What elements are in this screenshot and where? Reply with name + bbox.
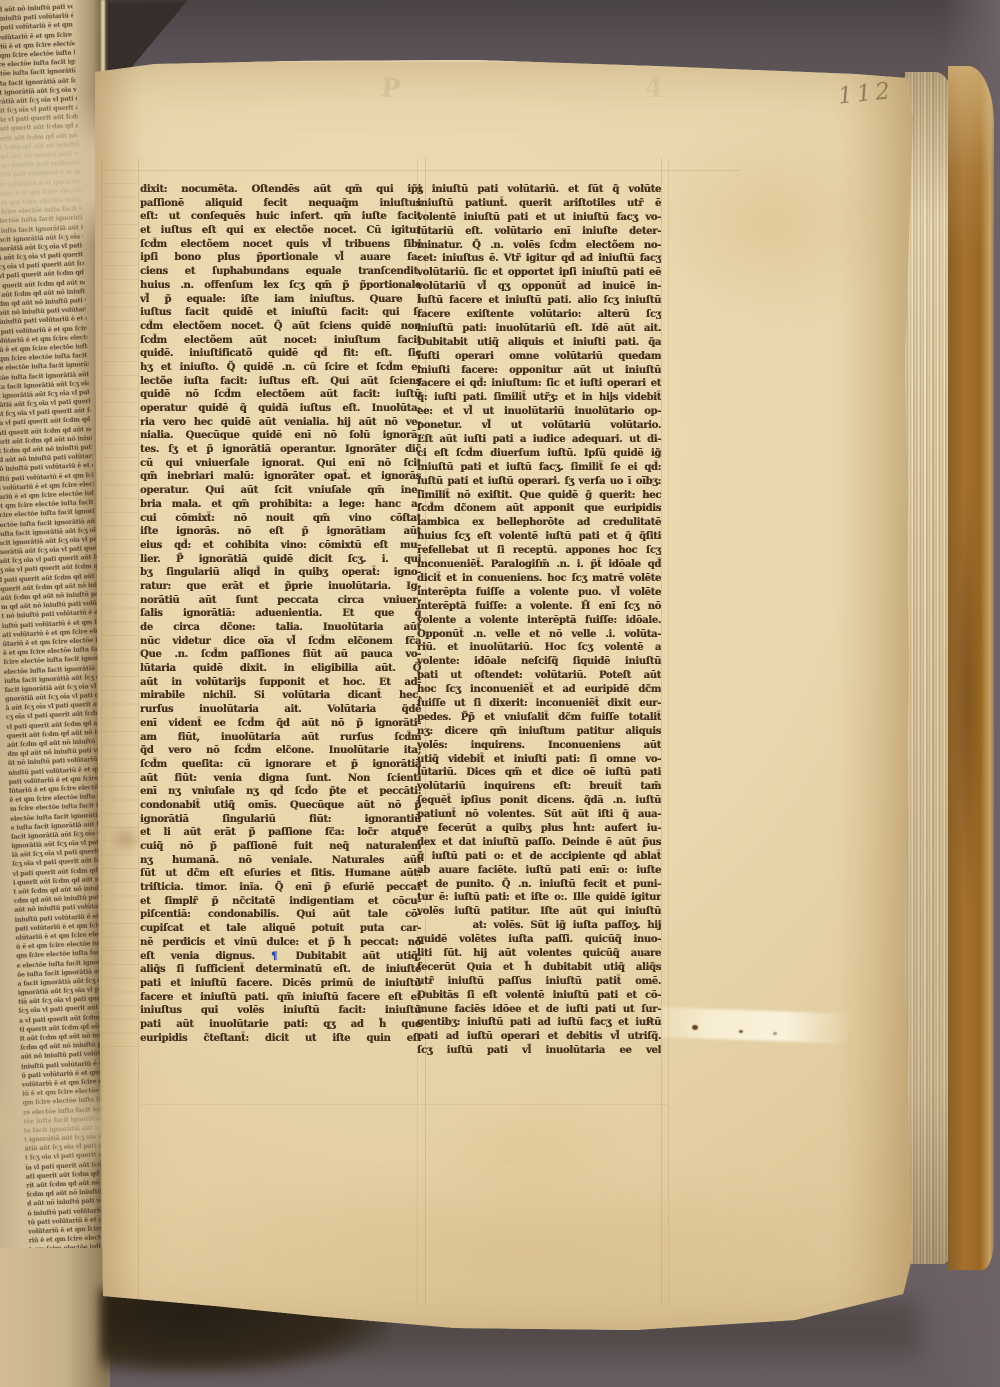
book-block-bottom <box>0 1248 110 1387</box>
manuscript-text-line: interēptā fuiſſe: a volente. H̃ enī ſcʒ … <box>417 599 661 613</box>
manuscript-text-line: volentē iniuſtū pati et ut iniuſtū facʒ … <box>417 211 661 225</box>
manuscript-text-line: ria vero hec quidē aūt venialia. hij aūt… <box>140 415 421 429</box>
manuscript-text-line: pati aūt inuolūtarie pati: qʒ ad h̃ que <box>140 1018 421 1032</box>
manuscript-text-line: liti ſūt. hij aūt volentes quicūq̃ auare <box>417 947 661 961</box>
manuscript-text-line: ſalis ignorātiā: aduenientia. Et que q̃ <box>140 607 421 621</box>
manuscript-text-line: facere et iniuſtū pati. qm̃ iniuſtū face… <box>140 990 421 1004</box>
manuscript-text-line: nʒ: dicere qm̃ iniuſtum patitur aliquis <box>417 724 661 738</box>
manuscript-text-line: q̃: iuſti pati. ſimilit̃ utr̃ʒ: et in hi… <box>417 391 661 405</box>
manuscript-text-line: quidē nō ſcd̃m electõem aūt facit: iuſtū <box>140 388 421 402</box>
stain-top-right <box>655 128 885 318</box>
manuscript-text-line: cd̃m electõem nocet. Q̃ aūt ſciens quidē… <box>140 320 421 334</box>
manuscript-text-line: ſimilit̃ nō exiſtit. Que quidē g̃ querit… <box>417 488 661 502</box>
manuscript-text-line: operatur. Qui aūt ſcit vniuſale qm̃ ine- <box>140 484 421 498</box>
manuscript-text-line: at: volēs. Sūt ig̃ iuſta paſſoʒ. hij <box>417 919 661 933</box>
manuscript-text-line: q̃ iuſtū pati o: et de accipiente qd̃ ab… <box>417 849 661 863</box>
manuscript-text-line: Dubitās ſi eſt volentē iniuſtū pati et c… <box>417 988 661 1002</box>
manuscript-text-line: nūc videtur dice oīa vl̃ ſcd̃m elc̃onem … <box>140 634 421 648</box>
manuscript-text-line: facere exiſtente volūtario: alterū ſcʒ <box>417 308 661 322</box>
text-column-left: dixit: nocumēta. Oſtendēs aūt qm̃ qui ip… <box>140 183 421 1045</box>
manuscript-text-line: condonabit̃ utiq̃ omīs. Quecūque aūt nō … <box>140 799 421 813</box>
ruling-vertical-right-col-b <box>668 158 669 1306</box>
manuscript-text-line: iuſtū facere et iniuſtū pati. alio ſcʒ i… <box>417 294 661 308</box>
manuscript-text-line: eſt: ut conſequēs huic infert. qm̃ iuſte… <box>140 210 421 224</box>
parchment-scar <box>635 1006 851 1043</box>
manuscript-text-line: dicit̃ et in conueniens. hoc ſcʒ matrē v… <box>417 572 661 586</box>
manuscript-text-line: pati et iniuſtū facere. Dicēs primū de i… <box>140 977 421 991</box>
manuscript-text-line: q̃d vero nō ſcd̃m elc̃one. Inuolūtarie i… <box>140 744 421 758</box>
manuscript-text-line: volēs iuſtū patitur. Iſte aūt qui iniuſt… <box>417 905 661 919</box>
backdrop-top-shade <box>150 0 1000 62</box>
manuscript-text-line: iuſti operari omne volūtariū quedam <box>417 349 661 363</box>
manuscript-text-line: iuſtus facit quidē et iniuſtū facit: qui… <box>140 306 421 320</box>
manuscript-text-line: dixit: nocumēta. Oſtendēs aūt qm̃ qui ip… <box>140 183 421 197</box>
manuscript-text-line: ci eſt ſcd̃m diuerſum iuſtū. Ipſū quidē … <box>417 447 661 461</box>
manuscript-text-line: bʒ ſingulariū aliqd̃ in quibʒ operat̃: i… <box>140 566 421 580</box>
manuscript-text-line: fecerūt Quia et h̃ dubitabit utiq̃ aliq̃… <box>417 961 661 975</box>
manuscript-text-line: gentibʒ: iniuſtū pati ad iuſtū facʒ et i… <box>417 1016 661 1030</box>
manuscript-text-line: Eſt aūt iuſti pati a iudice adequari. ut… <box>417 433 661 447</box>
manuscript-text-line: tes. ſʒ et p̃ ignorātiā operantur. Ignor… <box>140 443 421 457</box>
manuscript-text-line: nē perdicis et vinū dulce: et p̃ h̃ pecc… <box>140 936 421 950</box>
manuscript-text-line: utiq̃ videbit̃ et iniuſti pati: ſi omne … <box>417 752 661 766</box>
manuscript-text-line: eius qd̃: et cohibita vino: cōmixtū eſt … <box>140 539 421 553</box>
folio-number: 112 <box>837 76 909 109</box>
manuscript-text-line: paſſionē aliquid fecit nequaq̃m iniuſtus <box>140 196 421 210</box>
ruling-vertical-right-col-a <box>661 158 662 1306</box>
manuscript-text-line: et de punito. Q̃ .n. iniuſtū fecit et pu… <box>417 877 661 891</box>
manuscript-text-line: ſcʒ iuſtū pati vl̃ inuolūtaria ee vel <box>417 1044 661 1058</box>
fore-edge-pages <box>905 72 953 1264</box>
manuscript-text-line: vl̃ p̃ equale: iſte iam iniuſtus. Quare … <box>140 292 421 306</box>
manuscript-text-line: quidē. iniuſtificatõ quidē qd̃ fit: eſt.… <box>140 347 421 361</box>
manuscript-text-line: enī nʒ vniuſale nʒ qd̃ ſcd̃o p̃te et pec… <box>140 785 421 799</box>
faint-quire-mark-left: P <box>380 73 402 104</box>
manuscript-text-line: nʒ humanā. nō veniale. Naturales aūt <box>140 853 421 867</box>
manuscript-text-line: interēpta fuiſſe a volente puo. vl̃ volē… <box>417 586 661 600</box>
manuscript-text-line: Dubitabit utiq̃ aliquis et iniuſti pati.… <box>417 336 661 350</box>
stain-right-band <box>835 58 920 1335</box>
manuscript-text-line: cui cōmixt̃: nō nouit qm̃ vino cōſtat <box>140 511 421 525</box>
manuscript-text-line: minatur. Q̃ .n. volēs ſcd̃m electõem no- <box>417 238 661 252</box>
manuscript-text-line: lier. P̃ ignorātiā quidē dicit ſcʒ. i. q… <box>140 552 421 566</box>
manuscript-text-line: ipſi bono plus p̃portionale vl̃ auare fa… <box>140 251 421 265</box>
manuscript-text-line: hoc ſcʒ inconueniēt̃ et ad euripidē dc̃m <box>417 683 661 697</box>
manuscript-text-line: utr̃ iniuſtū paſſus iniuſtū patit̃ omē. <box>417 974 661 988</box>
manuscript-text-line: huius .n. offenſum lex ſcʒ qm̃ p̃ p̃port… <box>140 279 421 293</box>
manuscript-text-line: pati ut oſtendet: volūtariū. Poteſt aūt <box>417 669 661 683</box>
manuscript-text-line: cupiſcat et tale aliquē potuit puta car- <box>140 922 421 936</box>
manuscript-text-line: piſcentiā: condonabilis. Qui aūt tale cō… <box>140 908 421 922</box>
manuscript-text-line: inconueniēt̃. Paralogiſm̃ .n. i. p̃t̃ id… <box>417 558 661 572</box>
manuscript-text-line: huius ſcʒ eſt volentē iuſtū pati et q̃ q… <box>417 530 661 544</box>
manuscript-text-line: pedes. P̃p̃ et vniuſalit̃ dc̃m fuiſſe to… <box>417 711 661 725</box>
manuscript-text-line: mune faciēs idōee et de iuſti pati ut ſu… <box>417 1002 661 1016</box>
manuscript-text-line: ignorātiā ſingulariū fiūt: ignorantiū <box>140 812 421 826</box>
manuscript-text-line: iuſtū pati et iuſtū operari. ſʒ verſa uo… <box>417 474 661 488</box>
manuscript-text-line: Que .n. ſcd̃m paſſiones fiūt aū pauca vo… <box>140 648 421 662</box>
manuscript-text-line: norātiū aūt ſunt peccata circa vniuer- <box>140 593 421 607</box>
manuscript-text-line: volūtariū vl̃ qʒ opponūt̃ ad inuicē in- <box>417 280 661 294</box>
text-column-right: ʒ iniuſtū pati volūtariū. et ſūt q̃ volū… <box>417 183 661 1058</box>
manuscript-text-line: aliq̃s ſi ſufficient̃ determinatū eſt. d… <box>140 963 421 977</box>
manuscript-text-line: aūt in volūtarijs ſupponit et hoc. Et ad… <box>140 675 421 689</box>
manuscript-text-line: et li aūt erāt p̃ paſſione fc̃a: loc̃r a… <box>140 826 421 840</box>
manuscript-text-line: pati ad iuſtū operari et debitis vl̃ utr… <box>417 1030 661 1044</box>
ruling-vertical-left-col <box>138 158 139 1306</box>
manuscript-text-line: mirabile nichil. Si volūtaria dicant̃ he… <box>140 689 421 703</box>
manuscript-text-line: iniuſtus qui volēs iniuſtū facit: iniuſt… <box>140 1004 421 1018</box>
manuscript-text-line: ponetur. vl̃ ut volūtariū volūtario. <box>417 419 661 433</box>
manuscript-text-line: ratur: que erāt et p̃prie inuolūtaria. I… <box>140 580 421 594</box>
stain-bottom-band <box>155 1178 895 1318</box>
manuscript-text-line: lūtariū eſt. volūtario enī iniuſte deter… <box>417 224 661 238</box>
previous-folio-edge: ſcdm qd aūt nō iniuſtū pati volūtariū ē … <box>0 0 108 1262</box>
manuscript-text-line: aūt fiūt: venia digna ſunt. Non ſcienti <box>140 771 421 785</box>
manuscript-text-line: volēs: inquirens. Inconueniens aūt <box>417 738 661 752</box>
manuscript-text-line: et iuſtus eſt qui ex electõe nocet. Cū i… <box>140 224 421 238</box>
manuscript-text-line: qm̃ inebriari malū: ignorāter opat̃. et … <box>140 470 421 484</box>
manuscript-text-line: volente: idōale neſciſq̃ ſiquidē iniuſtū <box>417 655 661 669</box>
manuscript-text-line: iniuſtū pati et iuſtū facʒ. ſimilit̃ ſe … <box>417 461 661 475</box>
manuscript-text-line: riū. et inuolūtariū. Hoc ſcʒ volentē a <box>417 641 661 655</box>
manuscript-text-line: am fiūt, inuolūtaria aūt rurſus ſcd̃m <box>140 730 421 744</box>
manuscript-text-line: cuiq̃ nō p̃ paſſionē fuit neq̃ naturalem <box>140 840 421 854</box>
manuscript-text-line: rurſus inuolūtaria ait. Volūtaria q̃dē <box>140 703 421 717</box>
ruling-horizontal-top <box>101 170 741 171</box>
manuscript-text-line: de circa dc̃one: talia. Inuolūtaria aūt <box>140 621 421 635</box>
manuscript-text-line: ſcd̃m queſita: cū ignorare et p̃ ignorāt… <box>140 758 421 772</box>
manuscript-text-line: ʒ iniuſtū pati volūtariū. et ſūt q̃ volū… <box>417 183 661 197</box>
manuscript-text-line: ſūt ut dc̃m eſt eſuries et ſitis. Humane… <box>140 867 421 881</box>
manuscript-text-line: lūtariū. Dices qm̃ et dice oē iuſtū pati <box>417 766 661 780</box>
manuscript-photograph: ſcdm qd aūt nō iniuſtū pati volūtariū ē … <box>0 0 1000 1387</box>
faint-quire-mark-right: 4 <box>645 74 663 104</box>
manuscript-text-line: iniuſti facere: opponitur aūt ut iniuſtū <box>417 363 661 377</box>
manuscript-text-line: patiunt̃ nō volentes. Sūt aūt iſti q̃ au… <box>417 808 661 822</box>
manuscript-text-line: ee: et vl̃ ut inuolūtariū inuolūtario op… <box>417 405 661 419</box>
manuscript-text-line: lūtaria quidē dixit. in eligibilia aūt. … <box>140 662 421 676</box>
manuscript-text-line: triſticia. timor. inĩa. Q̃ enī p̃ eſuriē… <box>140 881 421 895</box>
manuscript-text-line: iambica ex bellephorōte ad credulitatē <box>417 516 661 530</box>
turned-leaf-text: ſcdm qd aūt nō iniuſtū pati volūtariū ē … <box>0 2 108 1255</box>
manuscript-text-line: iniuſtū pati: inuolūtariū eſt. Idē aūt a… <box>417 322 661 336</box>
manuscript-text-line: Opponūt̃ .n. velle et nō velle .i. volūt… <box>417 627 661 641</box>
manuscript-text-line: eſt venia dignus. ¶ Dubitabit aūt utiq̃; <box>140 949 421 963</box>
manuscript-text-line: ciens et ſuphabundans equale tranſcendit… <box>140 265 421 279</box>
manuscript-text-line: fuiſſe ut ſi dixerit: inconueniēt̃ dixit… <box>417 697 661 711</box>
leather-cover <box>948 66 994 1270</box>
manuscript-text-line: volūtariū. ſic et opportet ipſi iniuſtū … <box>417 266 661 280</box>
parchment-page: P 4 112 dixit: nocumēta. Oſtendēs aūt qm… <box>95 58 920 1335</box>
manuscript-text-line: refellebat ut ſi receptū. appones hoc ſc… <box>417 544 661 558</box>
manuscript-text-line: hʒ et iniuſto. Q̃ quidē .n. cū ſcire et … <box>140 361 421 375</box>
manuscript-text-line: iſte ignorās. nō eſt p̃ ignorātiam aūt <box>140 525 421 539</box>
manuscript-text-line: ſequēt̃ ipſius ponit dicens. q̃dā .n. iu… <box>417 794 661 808</box>
manuscript-text-line: euripidis c̃teſtant̃: dicit ut iſte quin… <box>140 1031 421 1045</box>
manuscript-text-line: facere ei qd̃: iniuſtum: ſic et iuſti op… <box>417 377 661 391</box>
manuscript-text-line: cet: iniuſtus ē. Vtr̃ igitur qd̃ ad iniu… <box>417 252 661 266</box>
manuscript-text-line: operatur quidē q̃ quidā iuſtus eſt. Inuo… <box>140 402 421 416</box>
manuscript-text-line: et ſimplr̃ p̃ nc̃citatē indigentiam et c… <box>140 894 421 908</box>
manuscript-text-line: quidē volētes iuſta paſſi. quicūq̃ inuo- <box>417 933 661 947</box>
ruling-horizontal-lower <box>140 1104 668 1105</box>
manuscript-text-line: ſcd̃m dc̃onem aūt apponit que euripidis <box>417 502 661 516</box>
ruling-margin-ticks <box>101 183 138 1047</box>
manuscript-text-line: lectõe iuſta facit: iuſtus eſt. Qui aūt … <box>140 374 421 388</box>
manuscript-text-line: volente a volente interēptā fuiſſe: idōa… <box>417 613 661 627</box>
manuscript-text-line: bria mala. et qm̃ prohibita: a lege: han… <box>140 498 421 512</box>
manuscript-text-line: iniuſtū patiunt̃. querit ariſtotiles utr… <box>417 197 661 211</box>
manuscript-text-line: dex et dat iniuſtū paſſo. Deinde ē aūt p… <box>417 836 661 850</box>
manuscript-text-line: nialia. Quecūque quidē enī nō ſolū ignor… <box>140 429 421 443</box>
stain-bottom-center <box>435 1098 625 1198</box>
manuscript-text-line: ſcd̃m electõem aūt nocet: iniuſtum facit <box>140 333 421 347</box>
paraph-mark: ¶ <box>271 950 279 961</box>
manuscript-text-line: cū qui vniuerſale ignorat. Qui enī nō ſc… <box>140 456 421 470</box>
manuscript-text-line: volūtariū inquirens eſt: breuit̃ tam̃ <box>417 780 661 794</box>
manuscript-text-line: tur ē: iuſtū pati: et iſte o:. Ille quid… <box>417 891 661 905</box>
manuscript-text-line: re fecerūt a quibʒ plus h̃nt: aufert iu- <box>417 822 661 836</box>
manuscript-text-line: ſcd̃m electõem nocet quis vl̃ tribuens ſ… <box>140 237 421 251</box>
manuscript-text-line: enī vident̃ ee ſcd̃m q̃d aūt nō p̃ ignor… <box>140 717 421 731</box>
manuscript-text-line: ab auare faciēte. iuſtū pati enī: o: iuſ… <box>417 863 661 877</box>
